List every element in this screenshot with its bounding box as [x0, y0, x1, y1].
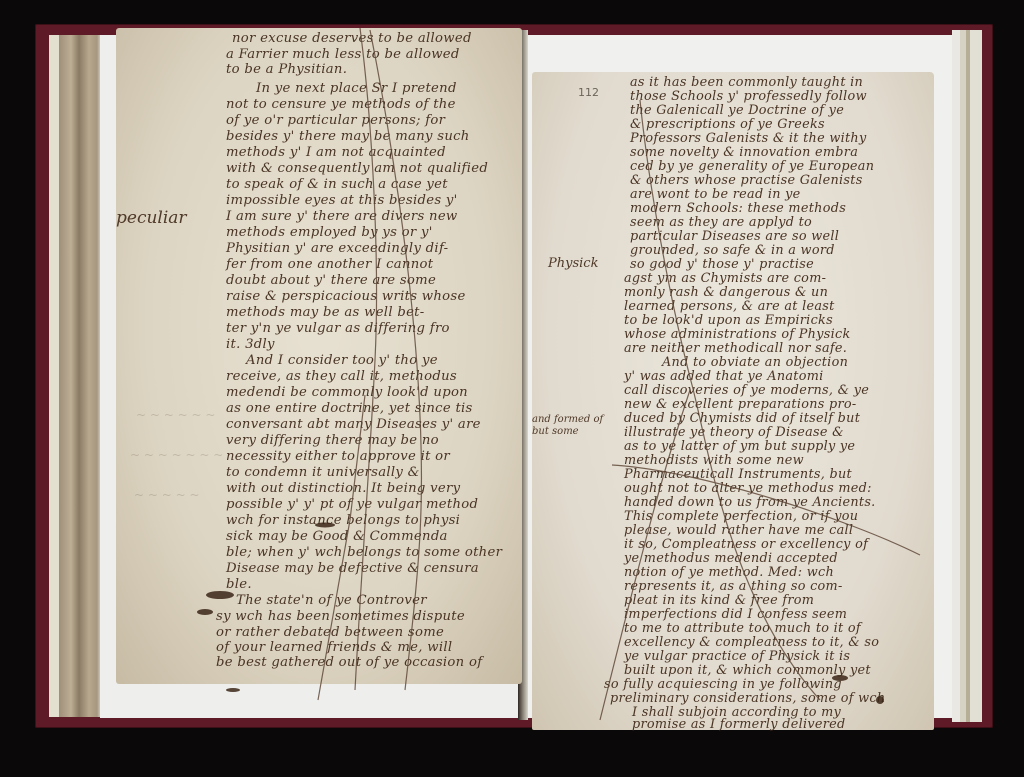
manuscript-line: methodists with some new	[624, 453, 804, 468]
manuscript-line: to speak of & in such a case yet	[226, 177, 448, 192]
manuscript-line: In ye next place Sr I pretend	[256, 81, 457, 96]
manuscript-line: pleat in its kind & free from	[624, 593, 814, 608]
manuscript-line: ye vulgar practice of Physick it is	[624, 649, 850, 664]
manuscript-line: agst ym as Chymists are com-	[624, 271, 826, 286]
show-through-text: ~ ~ ~ ~ ~ ~	[136, 408, 215, 422]
manuscript-line: as it has been commonly taught in	[630, 75, 863, 90]
manuscript-line: I am sure y' there are divers new	[226, 209, 458, 224]
manuscript-line: so fully acquiescing in ye following	[604, 677, 842, 692]
margin-note: peculiar	[116, 208, 187, 228]
manuscript-line: & others whose practise Galenists	[630, 173, 863, 188]
manuscript-line: to be look'd upon as Empiricks	[624, 313, 833, 328]
manuscript-line: necessity either to approve it or	[226, 449, 450, 464]
manuscript-line: not to censure ye methods of the	[226, 97, 456, 112]
manuscript-line: ought not to alter ye methodus med:	[624, 481, 872, 496]
left-page-edges	[49, 35, 101, 717]
manuscript-line: of your learned friends & me, will	[216, 640, 452, 655]
manuscript-line: new & excellent preparations pro-	[624, 397, 857, 412]
left-manuscript-page: ~ ~ ~ ~ ~ ~ ~ ~ ~ ~ ~ ~ ~ ~ ~ ~ ~ ~ pecu…	[116, 28, 522, 684]
manuscript-line: be best gathered out of ye occasion of	[216, 655, 482, 670]
manuscript-line: Pharmaceuticall Instruments, but	[624, 467, 852, 482]
manuscript-line: those Schools y' professedly follow	[630, 89, 867, 104]
manuscript-line: are wont to be read in ye	[630, 187, 801, 202]
manuscript-line: sick may be Good & Commenda	[226, 529, 448, 544]
manuscript-line: doubt about y' there are some	[226, 273, 436, 288]
manuscript-line: represents it, as a thing so com-	[624, 579, 843, 594]
manuscript-line: conversant abt many Diseases y' are	[226, 417, 481, 432]
margin-note: Physick	[548, 256, 598, 271]
manuscript-line: & prescriptions of ye Greeks	[630, 117, 825, 132]
manuscript-line: ble; when y' wch belongs to some other	[226, 545, 502, 560]
manuscript-line: it. 3dly	[226, 337, 275, 352]
manuscript-line: medendi be commonly look'd upon	[226, 385, 468, 400]
manuscript-line: to me to attribute too much to it of	[624, 621, 861, 636]
manuscript-line: ye methodus medendi accepted	[624, 551, 838, 566]
manuscript-line: wch for instance belongs to physi	[226, 513, 460, 528]
manuscript-line: learned persons, & are at least	[624, 299, 835, 314]
margin-note: but some	[532, 426, 579, 437]
manuscript-line: monly rash & dangerous & un	[624, 285, 828, 300]
manuscript-line: ter y'n ye vulgar as differing fro	[226, 321, 450, 336]
manuscript-line: promise as I formerly delivered	[632, 717, 846, 732]
show-through-text: ~ ~ ~ ~ ~	[134, 488, 200, 502]
manuscript-line: as to ye latter of ym but supply ye	[624, 439, 855, 454]
manuscript-line: of ye o'r particular persons; for	[226, 113, 445, 128]
manuscript-line: or rather debated between some	[216, 625, 444, 640]
right-page-edges	[952, 30, 982, 722]
manuscript-line: built upon it, & which commonly yet	[624, 663, 871, 678]
manuscript-line: ced by ye generality of ye European	[630, 159, 874, 174]
folio-number: 112	[578, 86, 599, 99]
manuscript-line: it so, Compleatness or excellency of	[624, 537, 868, 552]
manuscript-line: please, would rather have me call	[624, 523, 853, 538]
manuscript-line: with & consequently am not qualified	[226, 161, 488, 176]
manuscript-line: nor excuse deserves to be allowed	[232, 31, 472, 46]
manuscript-line: whose administrations of Physick	[624, 327, 851, 342]
manuscript-line: handed down to us from ye Ancients.	[624, 495, 876, 510]
manuscript-line: possible y' y' pt of ye vulgar method	[226, 497, 478, 512]
manuscript-line: as one entire doctrine, yet since tis	[226, 401, 473, 416]
manuscript-line: with out distinction. It being very	[226, 481, 460, 496]
manuscript-line: Physitian y' are exceedingly dif-	[226, 241, 448, 256]
manuscript-line: sy wch has been sometimes dispute	[216, 609, 465, 624]
manuscript-line: grounded, so safe & in a word	[630, 243, 835, 258]
manuscript-line: illustrate ye theory of Disease &	[624, 425, 844, 440]
manuscript-line: ble.	[226, 577, 252, 592]
manuscript-line: methods employed by ys or y'	[226, 225, 433, 240]
manuscript-line: This complete perfection, or if you	[624, 509, 858, 524]
manuscript-line: the Galenicall ye Doctrine of ye	[630, 103, 844, 118]
manuscript-line: And I consider too y' tho ye	[246, 353, 438, 368]
manuscript-line: The state'n of ye Controver	[236, 593, 427, 608]
manuscript-line: modern Schools: these methods	[630, 201, 846, 216]
manuscript-line: impossible eyes at this besides y'	[226, 193, 458, 208]
show-through-text: ~ ~ ~ ~ ~ ~ ~	[130, 448, 223, 462]
manuscript-line: methods may be as well bet-	[226, 305, 425, 320]
margin-note: and formed of	[532, 414, 603, 425]
manuscript-line: to condemn it universally &	[226, 465, 420, 480]
manuscript-line: seem as they are applyd to	[630, 215, 812, 230]
manuscript-line: raise & perspicacious writs whose	[226, 289, 466, 304]
manuscript-line: excellency & compleatness to it, & so	[624, 635, 879, 650]
manuscript-line: call discoveries of ye moderns, & ye	[624, 383, 869, 398]
manuscript-line: so good y' those y' practise	[630, 257, 814, 272]
manuscript-line: are neither methodicall nor safe.	[624, 341, 847, 356]
manuscript-line: receive, as they call it, methodus	[226, 369, 457, 384]
manuscript-line: y' was added that ye Anatomi	[624, 369, 824, 384]
manuscript-line: And to obviate an objection	[662, 355, 848, 370]
right-manuscript-page: 112 Physick and formed of but some as it…	[532, 72, 934, 730]
manuscript-line: fer from one another I cannot	[226, 257, 433, 272]
manuscript-line: preliminary considerations, some of wch	[610, 691, 885, 706]
manuscript-line: imperfections did I confess seem	[624, 607, 847, 622]
manuscript-line: particular Diseases are so well	[630, 229, 839, 244]
manuscript-line: duced by Chymists did of itself but	[624, 411, 860, 426]
manuscript-line: very differing there may be no	[226, 433, 439, 448]
manuscript-line: to be a Physitian.	[226, 62, 347, 77]
manuscript-line: Disease may be defective & censura	[226, 561, 479, 576]
manuscript-line: a Farrier much less to be allowed	[226, 47, 460, 62]
manuscript-line: Professors Galenists & it the withy	[630, 131, 866, 146]
manuscript-line: besides y' there may be many such	[226, 129, 470, 144]
manuscript-line: methods y' I am not acquainted	[226, 145, 446, 160]
manuscript-line: notion of ye method. Med: wch	[624, 565, 834, 580]
manuscript-line: some novelty & innovation embra	[630, 145, 858, 160]
